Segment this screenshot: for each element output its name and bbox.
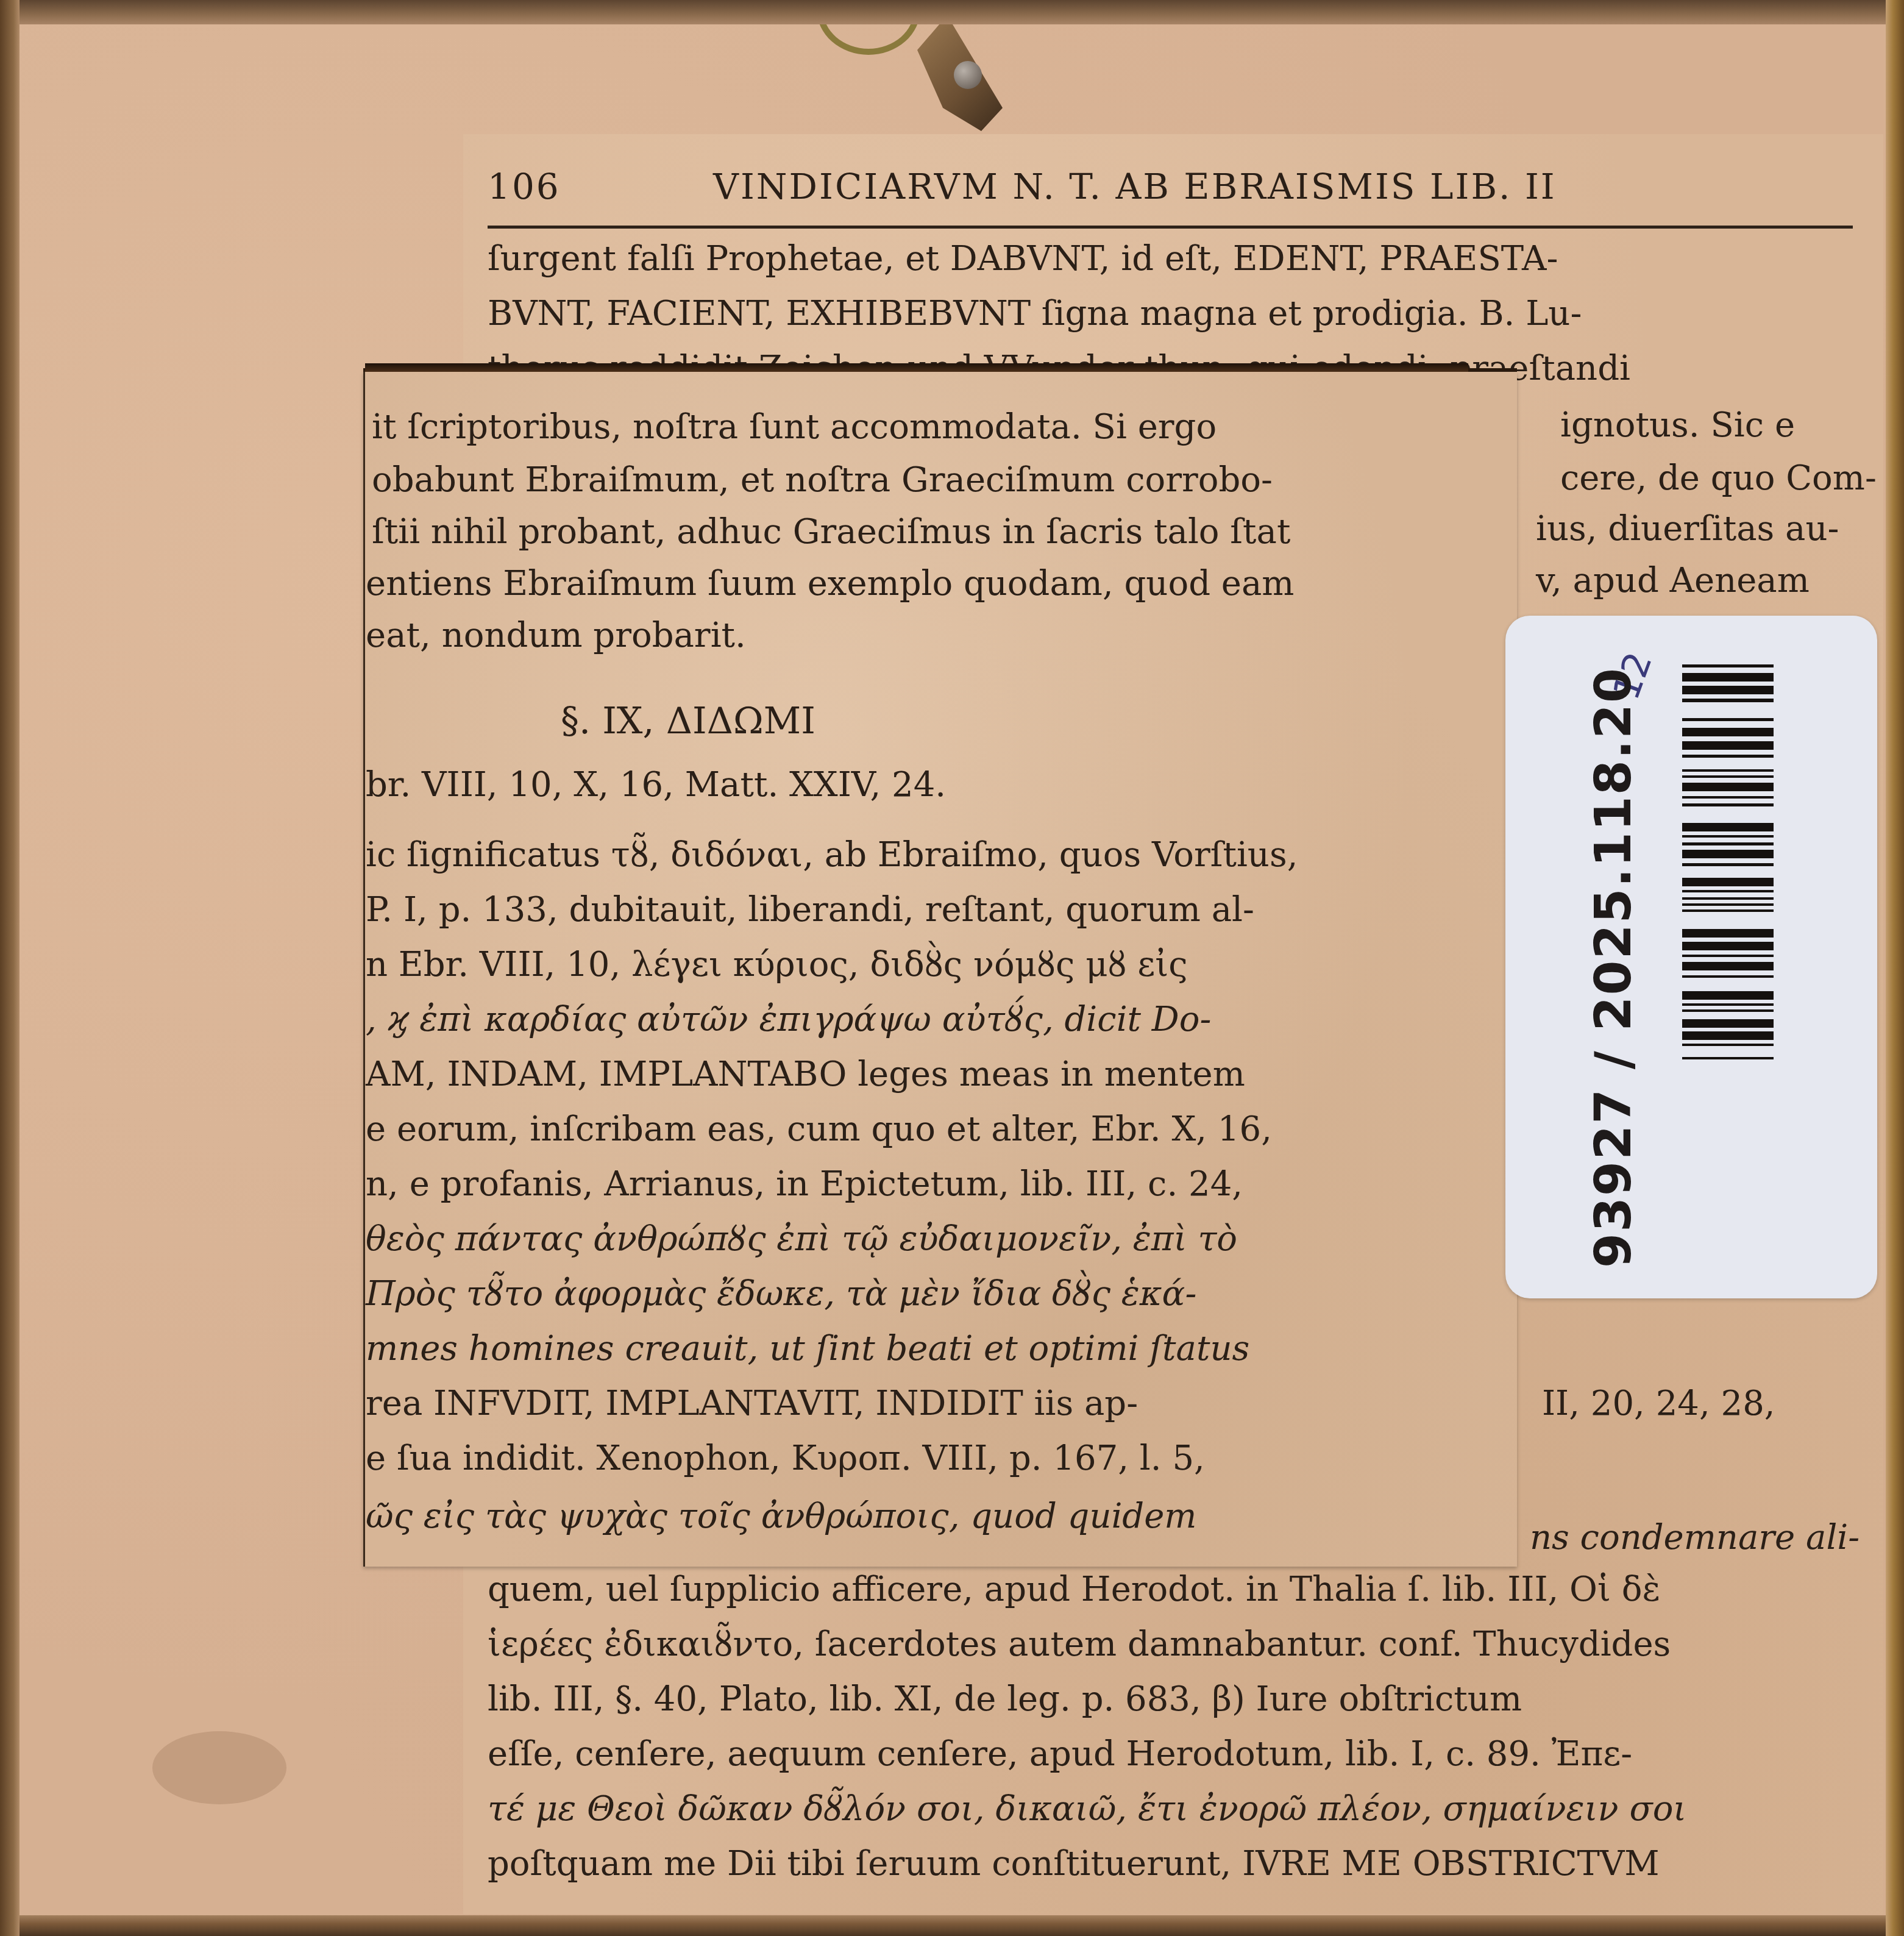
section-references: br. VIII, 10, X, 16, Matt. XXIV, 24.	[366, 765, 946, 805]
text-line: ignotus. Sic e	[1560, 405, 1795, 445]
text-line: AM, INDAM, IMPLANTABO leges meas in ment…	[366, 1055, 1245, 1094]
header-rule	[488, 226, 1853, 229]
text-line: rea INFVDIT, IMPLANTAVIT, INDIDIT iis ap…	[366, 1384, 1138, 1423]
frame-bottom	[0, 1915, 1904, 1936]
inventory-label: 12 93927 / 2025.118.20	[1505, 616, 1877, 1298]
text-line: ſtii nihil probant, adhuc Graeciſmus in …	[372, 512, 1290, 552]
text-line: poſtquam me Dii tibi ſeruum conſtituerun…	[488, 1844, 1660, 1884]
text-line: mnes homines creauit, ut ſint beati et o…	[366, 1329, 1249, 1368]
text-line: ſurgent falſi Prophetae, et DABVNT, id e…	[488, 239, 1558, 279]
text-line: eat, nondum probarit.	[366, 616, 746, 655]
frame-top	[0, 0, 1904, 24]
text-line: II, 20, 24, 28,	[1542, 1384, 1775, 1423]
inventory-number: 93927 / 2025.118.20	[1585, 667, 1643, 1268]
text-line: lib. III, §. 40, Plato, lib. XI, de leg.…	[488, 1679, 1522, 1719]
text-line: entiens Ebraiſmum ſuum exemplo quodam, q…	[366, 564, 1294, 603]
text-line: ἱερέες ἐδικαιȣ̃ντο, ſacerdotes autem dam…	[488, 1625, 1671, 1664]
frame-left	[0, 0, 20, 1936]
text-line: ῶς εἰς τὰς ψυχὰς τοῖς ἀνθρώποις, quod qu…	[366, 1496, 1196, 1536]
text-line: ic ſignificatus τȣ̃, διδόναι, ab Ebraiſm…	[366, 835, 1298, 875]
text-line: n Ebr. VIII, 10, λέγει κύριος, διδȣ̀ς νό…	[366, 945, 1188, 984]
text-line: quem, uel ſupplicio afficere, apud Herod…	[488, 1570, 1661, 1609]
section-heading: §. IX, ΔΙΔΩΜΙ	[561, 700, 815, 742]
text-line: obabunt Ebraiſmum, et noſtra Graeciſmum …	[372, 460, 1273, 500]
text-line: P. I, p. 133, dubitauit, liberandi, reſt…	[366, 890, 1254, 930]
text-line: θεὸς πάντας ἀνθρώπȣς ἐπὶ τῷ εὐδαιμονεῖν,…	[366, 1219, 1237, 1259]
text-line: ns condemnare ali-	[1530, 1518, 1860, 1557]
text-line: BVNT, FACIENT, EXHIBEBVNT ſigna magna et…	[488, 294, 1582, 333]
text-line: n, e profanis, Arrianus, in Epictetum, l…	[366, 1164, 1243, 1204]
water-stain	[152, 1731, 286, 1804]
text-line: e eorum, inſcribam eas, cum quo et alter…	[366, 1109, 1272, 1149]
nail-head-icon	[954, 61, 982, 89]
barcode-icon	[1682, 664, 1774, 1213]
text-line: Πρὸς τȣ̃το ἀφορμὰς ἔδωκε, τὰ μὲν ἴδια δȣ…	[366, 1274, 1196, 1314]
text-line: v, apud Aeneam	[1536, 561, 1810, 600]
text-line: cere, de quo Com-	[1560, 458, 1877, 498]
text-line: ius, diuerſitas au-	[1536, 509, 1839, 549]
running-head: VINDICIARVM N. T. AB EBRAISMIS LIB. II	[713, 166, 1557, 207]
text-line: , ϗ ἐπὶ καρδίας αὐτῶν ἐπιγράψω αὐτȣ́ς, d…	[366, 1000, 1211, 1039]
framed-object-back: 106 VINDICIARVM N. T. AB EBRAISMIS LIB. …	[0, 0, 1904, 1936]
frame-right	[1886, 0, 1904, 1936]
text-line: eſſe, cenſere, aequum cenſere, apud Hero…	[488, 1734, 1632, 1774]
text-line: τέ με Θεοὶ δῶκαν δȣ̃λόν σοι, δικαιῶ, ἔτι…	[488, 1789, 1686, 1829]
text-line: it ſcriptoribus, noſtra ſunt accommodata…	[372, 407, 1217, 447]
text-line: e ſua indidit. Xenophon, Κυροπ. VIII, p.…	[366, 1439, 1205, 1478]
page-number: 106	[488, 166, 561, 207]
